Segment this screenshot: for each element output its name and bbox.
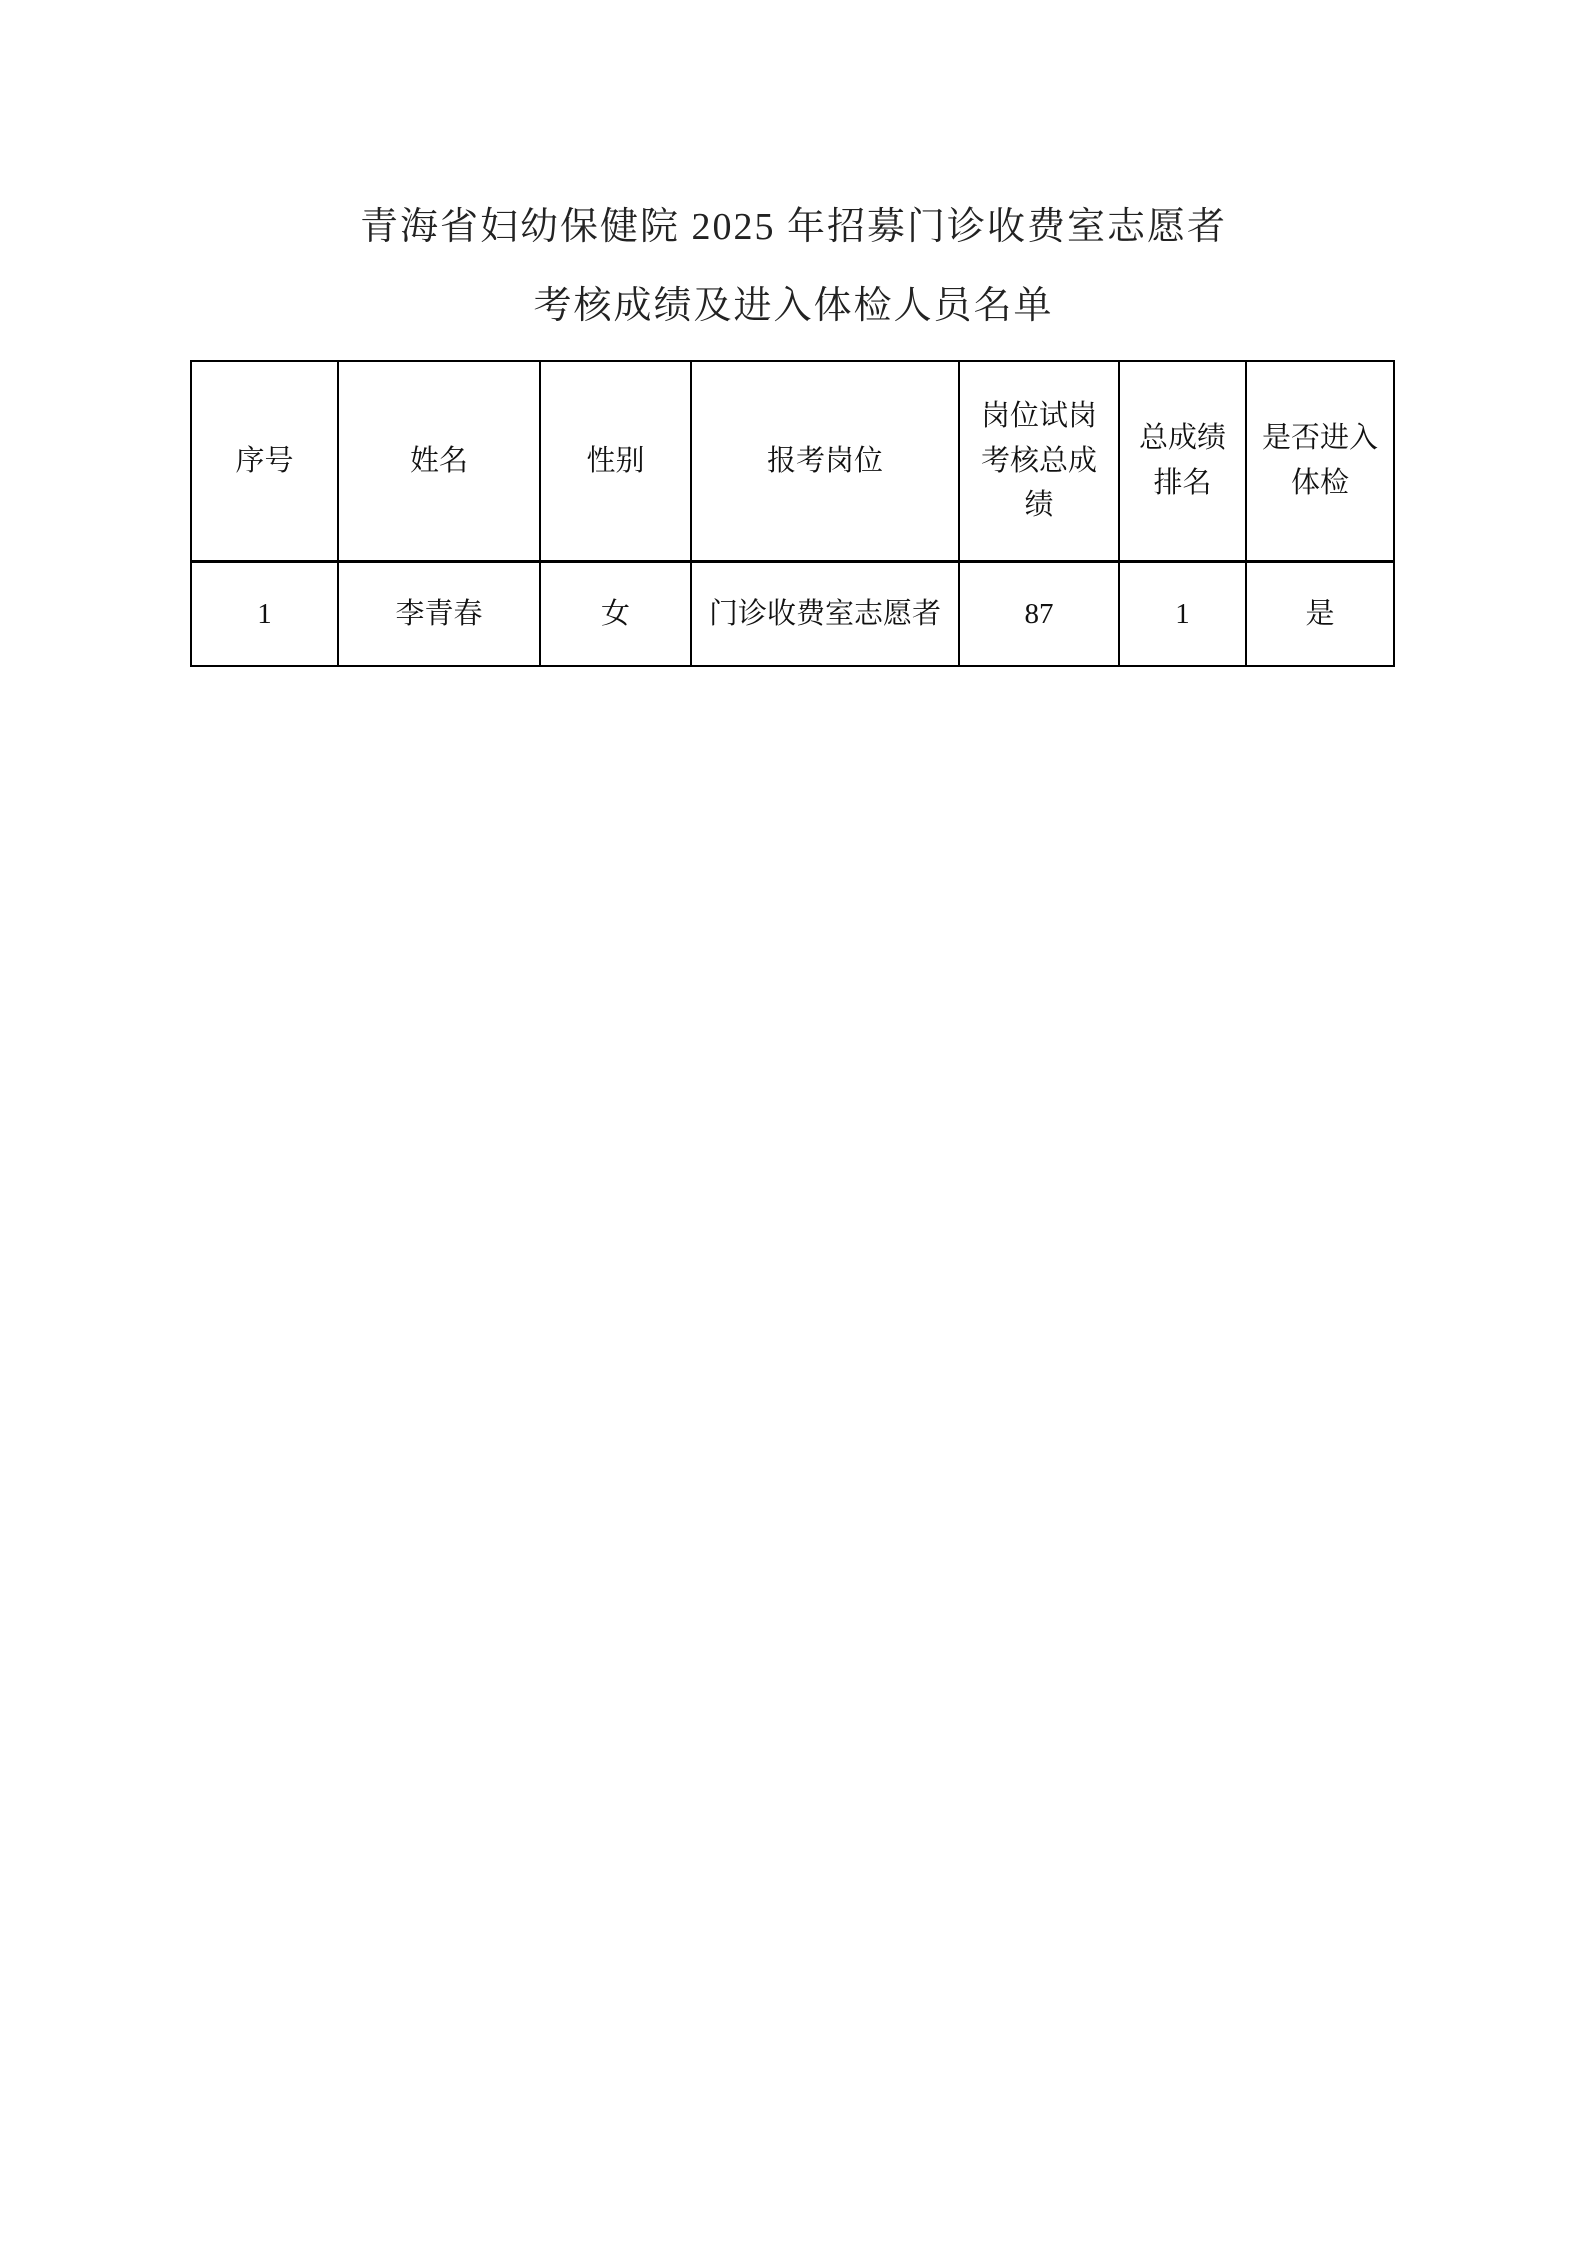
- cell-gender: 女: [540, 562, 691, 667]
- col-header-physical-exam: 是否进入 体检: [1246, 361, 1394, 562]
- col-header-serial-number: 序号: [191, 361, 338, 562]
- cell-physical-exam: 是: [1246, 562, 1394, 667]
- col-header-name: 姓名: [338, 361, 540, 562]
- col-header-rank: 总成绩 排名: [1119, 361, 1246, 562]
- col-header-gender: 性别: [540, 361, 691, 562]
- document-page: 青海省妇幼保健院 2025 年招募门诊收费室志愿者 考核成绩及进入体检人员名单 …: [0, 0, 1587, 2245]
- cell-name: 李青春: [338, 562, 540, 667]
- col-header-assessment-score: 岗位试岗 考核总成 绩: [959, 361, 1119, 562]
- table-row: 1 李青春 女 门诊收费室志愿者 87 1 是: [191, 562, 1394, 667]
- document-title-line2: 考核成绩及进入体检人员名单: [0, 284, 1587, 330]
- cell-rank: 1: [1119, 562, 1246, 667]
- cell-serial-number: 1: [191, 562, 338, 667]
- cell-assessment-score: 87: [959, 562, 1119, 667]
- header-row: 序号 姓名 性别 报考岗位 岗位试岗 考核总成 绩 总成绩 排名 是否进入 体检: [191, 361, 1394, 562]
- document-title-line1: 青海省妇幼保健院 2025 年招募门诊收费室志愿者: [0, 205, 1587, 251]
- results-table: 序号 姓名 性别 报考岗位 岗位试岗 考核总成 绩 总成绩 排名 是否进入 体检…: [190, 360, 1395, 667]
- col-header-position: 报考岗位: [691, 361, 959, 562]
- cell-position: 门诊收费室志愿者: [691, 562, 959, 667]
